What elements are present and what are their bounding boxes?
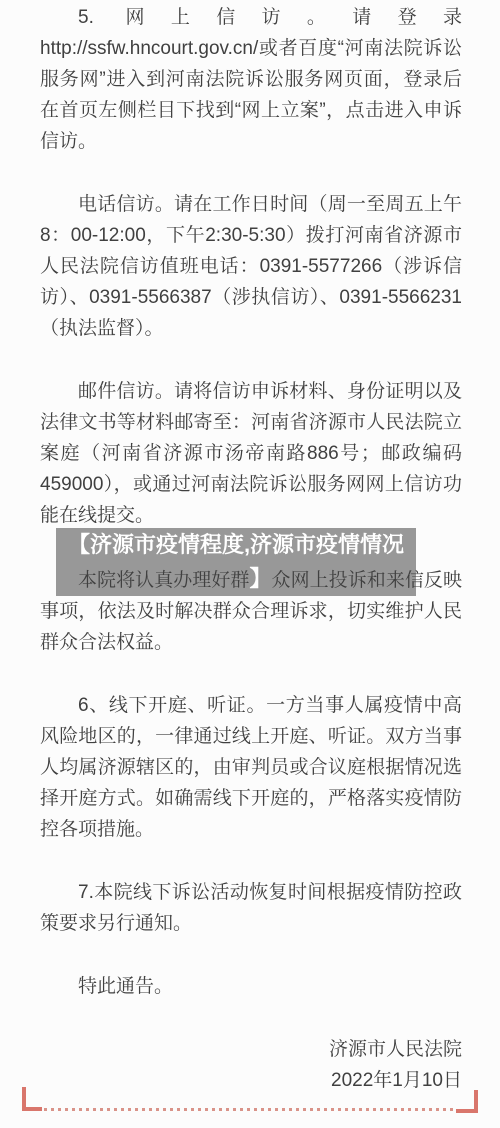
signature-date: 2022年1月10日: [40, 1065, 462, 1096]
paragraph-online-petition: 5. 网上信访。请登录http://ssfw.hncourt.gov.cn/或者…: [40, 2, 462, 157]
paragraph-mail-petition: 邮件信访。请将信访申诉材料、身份证明以及法律文书等材料邮寄至：河南省济源市人民法…: [40, 376, 462, 531]
screenshot-frame-dotted-line: [44, 1108, 456, 1111]
paragraph-offline-hearing: 6、线下开庭、听证。一方当事人属疫情中高风险地区的，一律通过线上开庭、听证。双方…: [40, 690, 462, 845]
signature-court-name: 济源市人民法院: [40, 1034, 462, 1065]
screenshot-frame-corner-right: [456, 1090, 478, 1113]
signature-block: 济源市人民法院 2022年1月10日: [40, 1034, 462, 1096]
screenshot-frame-corner-left: [22, 1087, 42, 1111]
paragraph-phone-petition: 电话信访。请在工作日时间（周一至周五上午8：00-12:00，下午2:30-5:…: [40, 189, 462, 344]
paragraph-hereby-announce: 特此通告。: [40, 971, 462, 1002]
notice-article: 5. 网上信访。请登录http://ssfw.hncourt.gov.cn/或者…: [0, 0, 500, 1096]
paragraph-resume-notice: 7.本院线下诉讼活动恢复时间根据疫情防控政策要求另行通知。: [40, 877, 462, 939]
paragraph-complaint-handling: 【济源市疫情程度,济源市疫情情况 本院将认真办理好群】众网上投诉和来信反映事项，…: [40, 563, 462, 658]
paragraph-text-before-bracket: 本院将认真办理好群: [78, 570, 249, 591]
seo-keyword-closing-bracket: 】: [249, 566, 271, 591]
seo-keyword-title: 【济源市疫情程度,济源市疫情情况: [56, 528, 416, 560]
